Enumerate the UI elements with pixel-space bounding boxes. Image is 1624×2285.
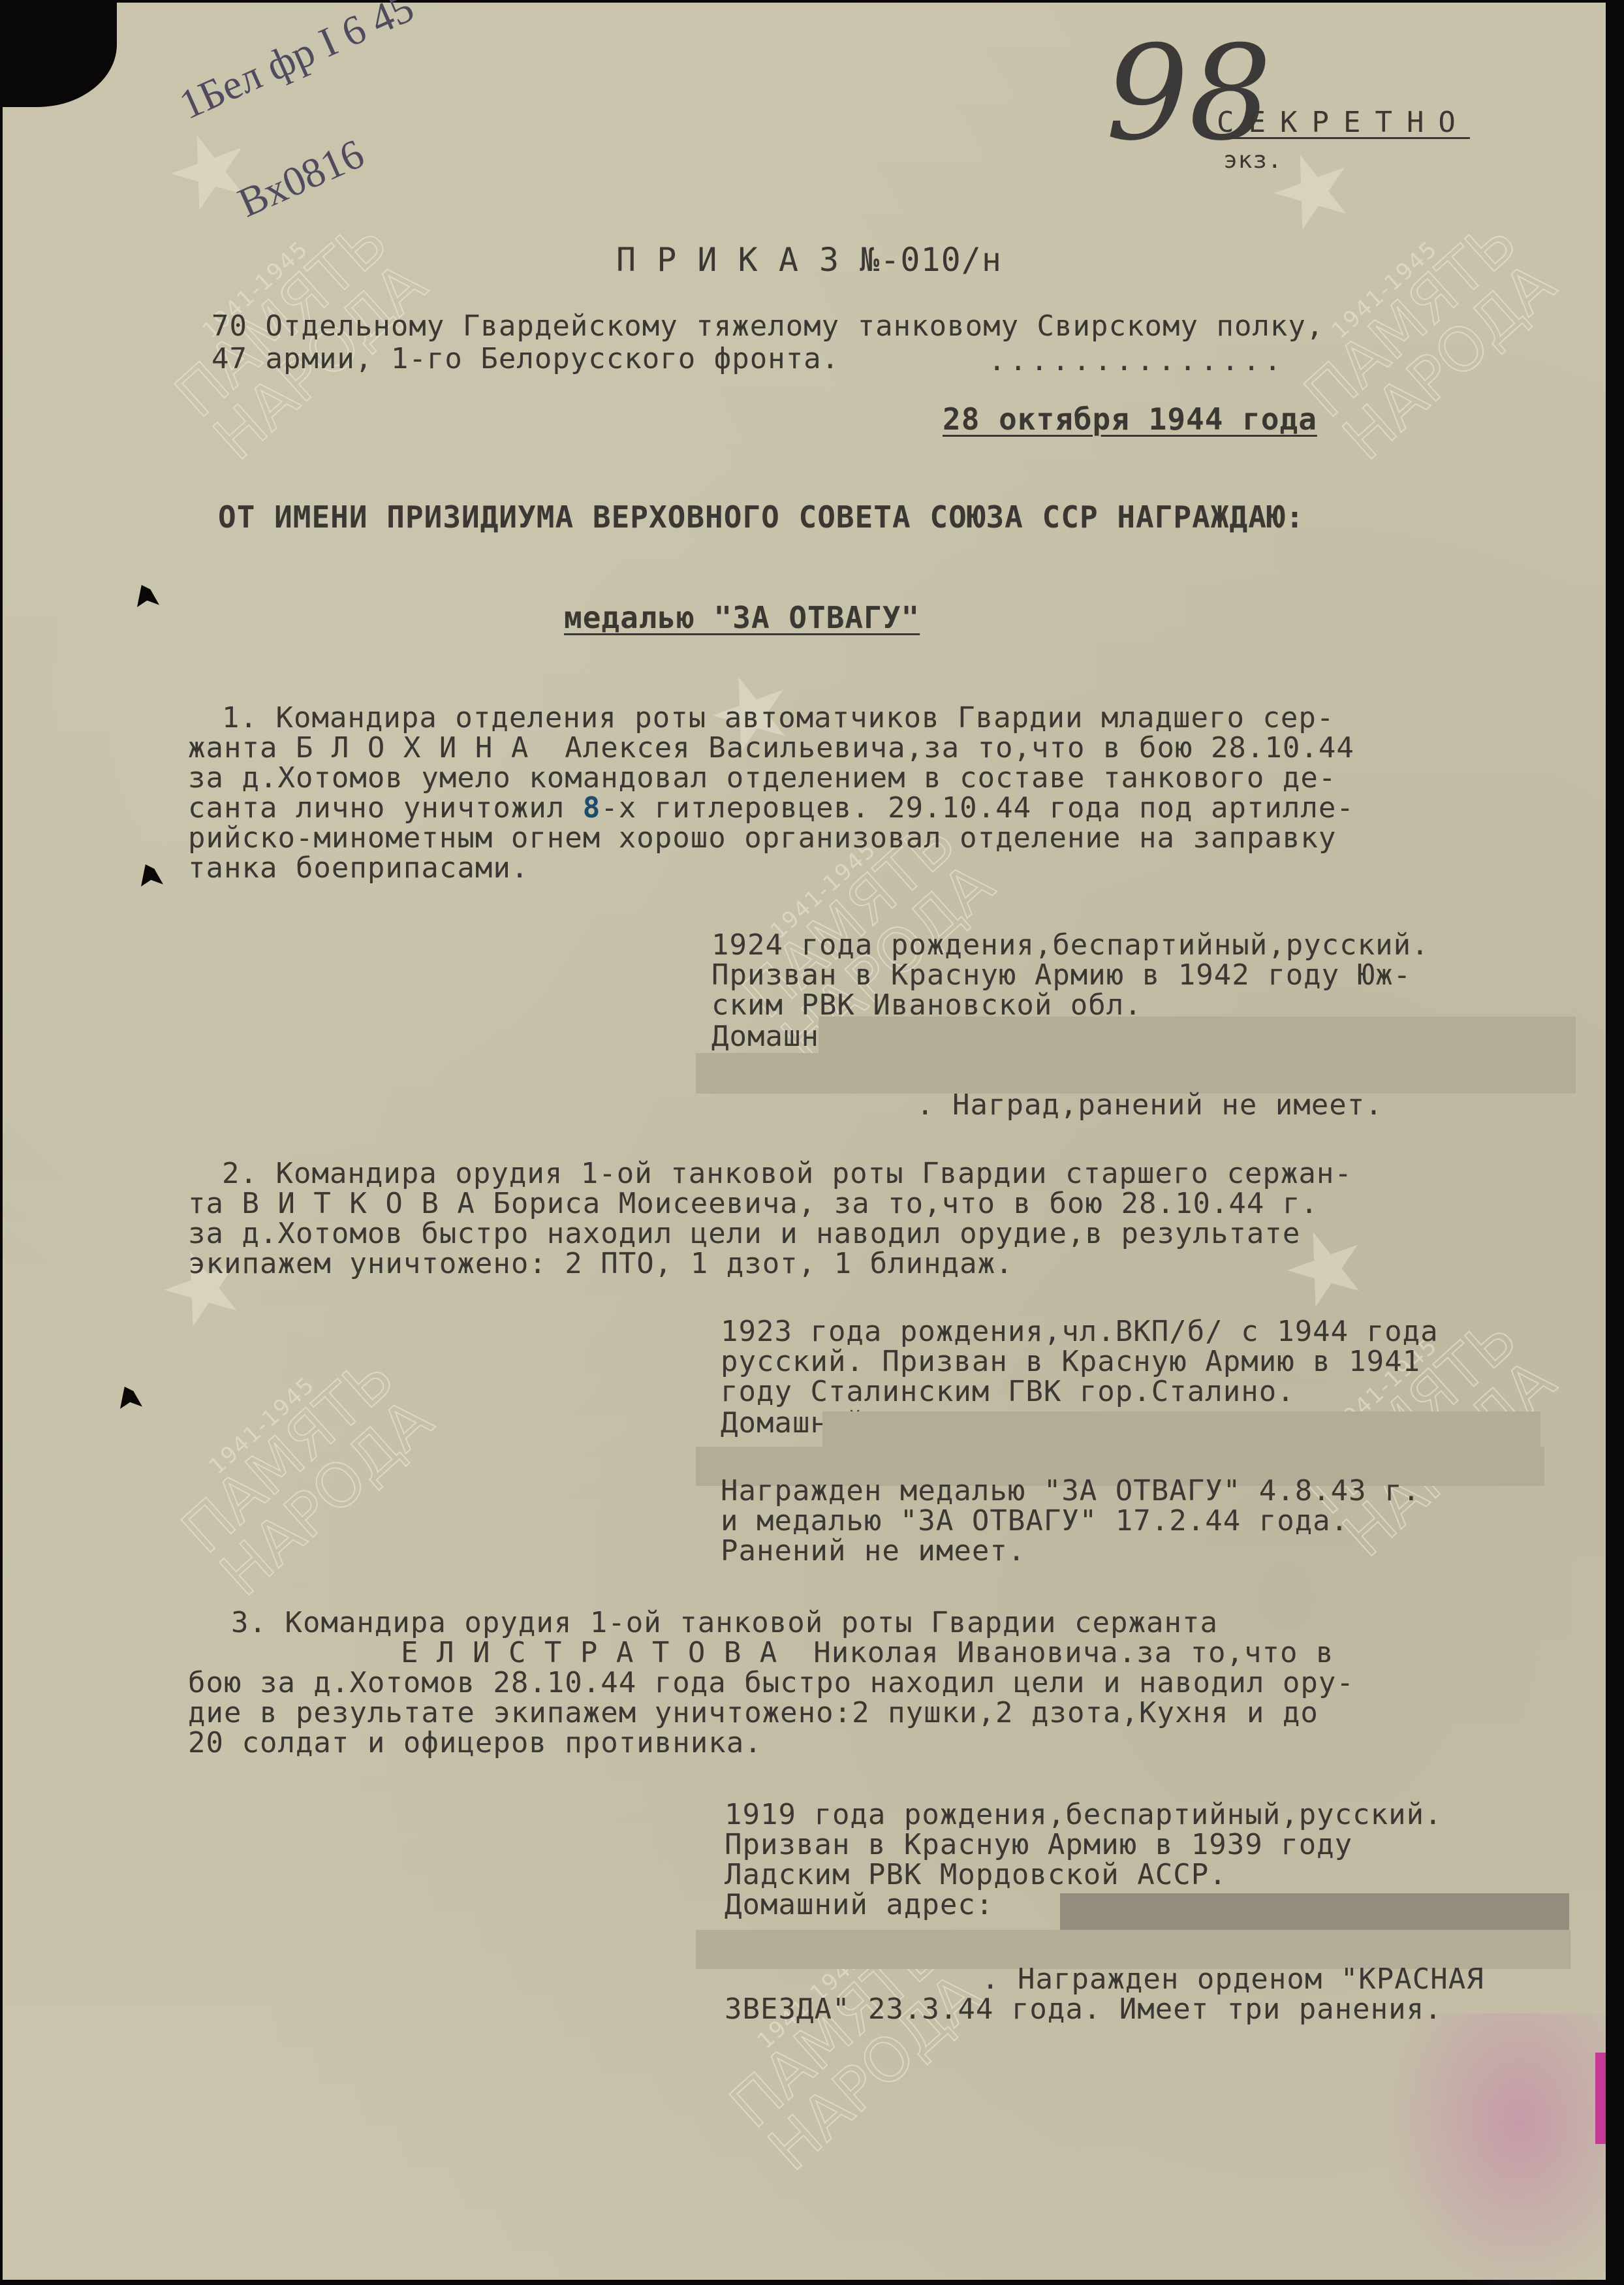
entry-text-line: 1. Командира отделения роты автоматчиков… (222, 702, 1334, 734)
archive-stamp-line2: Вх0816 (231, 129, 371, 227)
handwritten-correction: 8 (583, 791, 601, 825)
bio-line: ЗВЕЗДА" 23.3.44 года. Имеет три ранения. (725, 1994, 1443, 2025)
bio-line: Призван в Красную Армию в 1939 году (725, 1829, 1352, 1861)
classification-mark: СЕКРЕТНО (1217, 107, 1470, 138)
bio-line: 1919 года рождения,беспартийный,русский. (725, 1799, 1443, 1831)
bio-line: 1923 года рождения,чл.ВКП/б/ с 1944 года (721, 1316, 1439, 1347)
entry-text-line: рийско-минометным огнем хорошо организов… (188, 823, 1336, 854)
bio-line: и медалью "ЗА ОТВАГУ" 17.2.44 года. (721, 1505, 1349, 1537)
entry-text-line: санта лично уничтожил 8-х гитлеровцев. 2… (188, 793, 1354, 824)
order-date: 28 октября 1944 года (943, 403, 1317, 435)
award-heading: медалью "ЗА ОТВАГУ" (564, 602, 920, 633)
entry-text-line: жанта Б Л О Х И Н А Алексея Васильевича,… (188, 733, 1354, 764)
punch-hole (137, 585, 159, 607)
addressee-line1: 70 Отдельному Гвардейскому тяжелому танк… (211, 311, 1324, 342)
entry-text-line: Е Л И С Т Р А Т О В А Николая Ивановича.… (401, 1637, 1334, 1669)
punch-hole (120, 1387, 142, 1409)
dotted-rule: .............. (988, 345, 1285, 377)
bio-line: Ранений не имеет. (721, 1536, 1025, 1567)
ink-stain-edge (1595, 2053, 1606, 2144)
bio-line: . Награжден орденом "КРАСНАЯ (982, 1964, 1484, 1995)
entry-text-line: за д.Хотомов умело командовал отделением… (188, 763, 1336, 794)
bio-line: русский. Призван в Красную Армию в 1941 (721, 1346, 1420, 1378)
redacted-address (819, 1016, 1576, 1053)
document-page: ★ 1941-1945 ПАМЯТЬ НАРОДА ★ 1941-1945 ПА… (3, 3, 1606, 2280)
entry-text-line: экипажем уничтожено: 2 ПТО, 1 дзот, 1 бл… (188, 1248, 1014, 1280)
entry-text-line: 2. Командира орудия 1-ой танковой роты Г… (222, 1158, 1352, 1190)
punch-hole (141, 864, 163, 887)
redacted-address (696, 1053, 1576, 1094)
order-title: П Р И К А З №-010/н (616, 244, 1002, 276)
entry-text-line: бою за д.Хотомов 28.10.44 года быстро на… (188, 1667, 1354, 1699)
bio-line: Награжден медалью "ЗА ОТВАГУ" 4.8.43 г. (721, 1475, 1420, 1507)
bio-line: году Сталинским ГВК гор.Сталино. (721, 1376, 1295, 1408)
ink-stain (1390, 2013, 1606, 2285)
bio-line: Домашний адрес: (725, 1889, 993, 1921)
redacted-address (1060, 1893, 1569, 1930)
addressee-line2: 47 армии, 1-го Белорусского фронта. (211, 343, 839, 375)
archive-stamp-line1: 1Бел фр I 6 45 (172, 0, 421, 129)
entry-text-line: та В И Т К О В А Бориса Моисеевича, за т… (188, 1188, 1319, 1220)
entry-text-line: за д.Хотомов быстро находил цели и навод… (188, 1218, 1300, 1250)
bio-line: Ладским РВК Мордовской АССР. (725, 1859, 1227, 1891)
entry-text-line: танка боеприпасами. (188, 853, 529, 884)
bio-line: 1924 года рождения,беспартийный,русский. (711, 930, 1429, 961)
bio-line: . Наград,ранений не имеет. (916, 1090, 1383, 1121)
copy-label: экз. (1223, 145, 1283, 176)
redacted-address (822, 1411, 1540, 1447)
entry-text-line: 20 солдат и офицеров противника. (188, 1727, 762, 1759)
watermark: 1941-1945 ПАМЯТЬ НАРОДА (159, 1332, 441, 1605)
bio-line: Призван в Красную Армию в 1942 году Юж- (711, 960, 1411, 991)
entry-text-line: дие в результате экипажем уничтожено:2 п… (188, 1697, 1319, 1729)
entry-text-line: 3. Командира орудия 1-ой танковой роты Г… (231, 1607, 1218, 1639)
handwritten-number: 98 (1106, 29, 1272, 159)
torn-corner (3, 3, 117, 107)
preamble: ОТ ИМЕНИ ПРИЗИДИУМА ВЕРХОВНОГО СОВЕТА СО… (218, 501, 1304, 533)
